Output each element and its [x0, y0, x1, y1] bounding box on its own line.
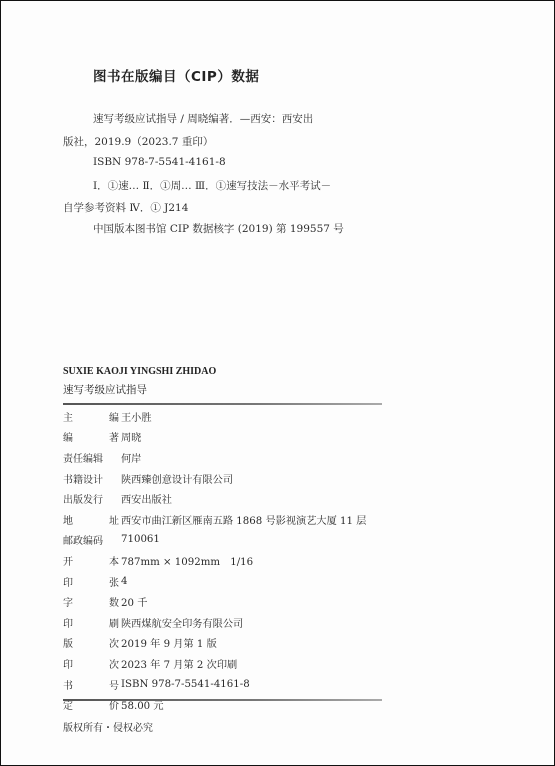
info-label: 出版发行: [63, 491, 119, 506]
info-row-publisher: 出版发行 西安出版社: [63, 488, 366, 509]
info-value: 20 千: [121, 594, 147, 609]
info-label: 印刷: [63, 615, 119, 630]
cip-heading: 图书在版编目（CIP）数据: [93, 65, 259, 85]
info-value: 787mm × 1092mm 1/16: [121, 553, 253, 568]
info-label: 版次: [63, 635, 119, 650]
info-value: 何岸: [121, 450, 141, 465]
info-label: 印次: [63, 656, 119, 671]
cip-line-title-author: 速写考级应试指导 / 周晓编著．—西安：西安出: [93, 111, 313, 126]
info-row-author: 编著 周晓: [63, 427, 366, 448]
info-label: 邮政编码: [63, 532, 119, 547]
cip-line-subject: Ⅰ．①速… Ⅱ．①周… Ⅲ．①速写技法－水平考试－: [93, 178, 331, 193]
info-row-sheets: 印张 4: [63, 571, 366, 592]
info-value: 陕西臻创意设计有限公司: [121, 471, 233, 486]
info-label: 地址: [63, 512, 119, 527]
info-value: 西安出版社: [121, 491, 172, 506]
info-label: 书号: [63, 677, 119, 692]
info-row-chief-editor: 主编 王小胜: [63, 406, 366, 427]
info-label: 责任编辑: [63, 450, 119, 465]
info-label: 主编: [63, 409, 119, 424]
info-row-address: 地址 西安市曲江新区雁南五路 1868 号影视演艺大厦 11 层: [63, 509, 366, 530]
publication-info-table: 主编 王小胜 编著 周晓 责任编辑 何岸 书籍设计 陕西臻创意设计有限公司 出版…: [63, 406, 366, 715]
info-row-format: 开本 787mm × 1092mm 1/16: [63, 550, 366, 571]
info-row-responsible-editor: 责任编辑 何岸: [63, 447, 366, 468]
cip-line-publisher-date: 版社，2019.9（2023.7 重印）: [63, 134, 213, 149]
cip-line-record-number: 中国版本图书馆 CIP 数据核字 (2019) 第 199557 号: [93, 221, 344, 236]
info-value: ISBN 978-7-5541-4161-8: [121, 679, 250, 690]
book-title-pinyin: SUXIE KAOJI YINGSHI ZHIDAO: [63, 366, 216, 377]
info-value: 周晓: [121, 429, 141, 444]
info-value: 陕西煤航安全印务有限公司: [121, 615, 243, 630]
info-value: 西安市曲江新区雁南五路 1868 号影视演艺大厦 11 层: [121, 512, 366, 527]
divider-top: [63, 403, 382, 405]
info-row-impression: 印次 2023 年 7 月第 2 次印刷: [63, 653, 366, 674]
book-title-chinese: 速写考级应试指导: [63, 382, 147, 397]
divider-bottom: [63, 699, 382, 701]
info-label: 印张: [63, 574, 119, 589]
info-row-price: 定价 58.00 元: [63, 694, 366, 715]
info-label: 编著: [63, 429, 119, 444]
info-row-printer: 印刷 陕西煤航安全印务有限公司: [63, 612, 366, 633]
info-label: 书籍设计: [63, 471, 119, 486]
info-row-isbn: 书号 ISBN 978-7-5541-4161-8: [63, 674, 366, 695]
info-value: 4: [121, 576, 127, 587]
copyright-notice: 版权所有・侵权必究: [63, 719, 153, 734]
cip-line-isbn: ISBN 978-7-5541-4161-8: [93, 156, 226, 168]
info-label: 开本: [63, 553, 119, 568]
copyright-page: 图书在版编目（CIP）数据 速写考级应试指导 / 周晓编著．—西安：西安出 版社…: [0, 0, 555, 766]
info-row-book-design: 书籍设计 陕西臻创意设计有限公司: [63, 468, 366, 489]
info-value: 2019 年 9 月第 1 版: [121, 635, 217, 650]
cip-line-classification: 自学参考资料 Ⅳ．① J214: [63, 200, 188, 215]
info-row-word-count: 字数 20 千: [63, 591, 366, 612]
info-value: 710061: [121, 534, 160, 545]
info-value: 王小胜: [121, 409, 152, 424]
info-row-postal-code: 邮政编码 710061: [63, 530, 366, 551]
info-label: 字数: [63, 594, 119, 609]
info-row-edition: 版次 2019 年 9 月第 1 版: [63, 633, 366, 654]
info-value: 2023 年 7 月第 2 次印刷: [121, 656, 237, 671]
